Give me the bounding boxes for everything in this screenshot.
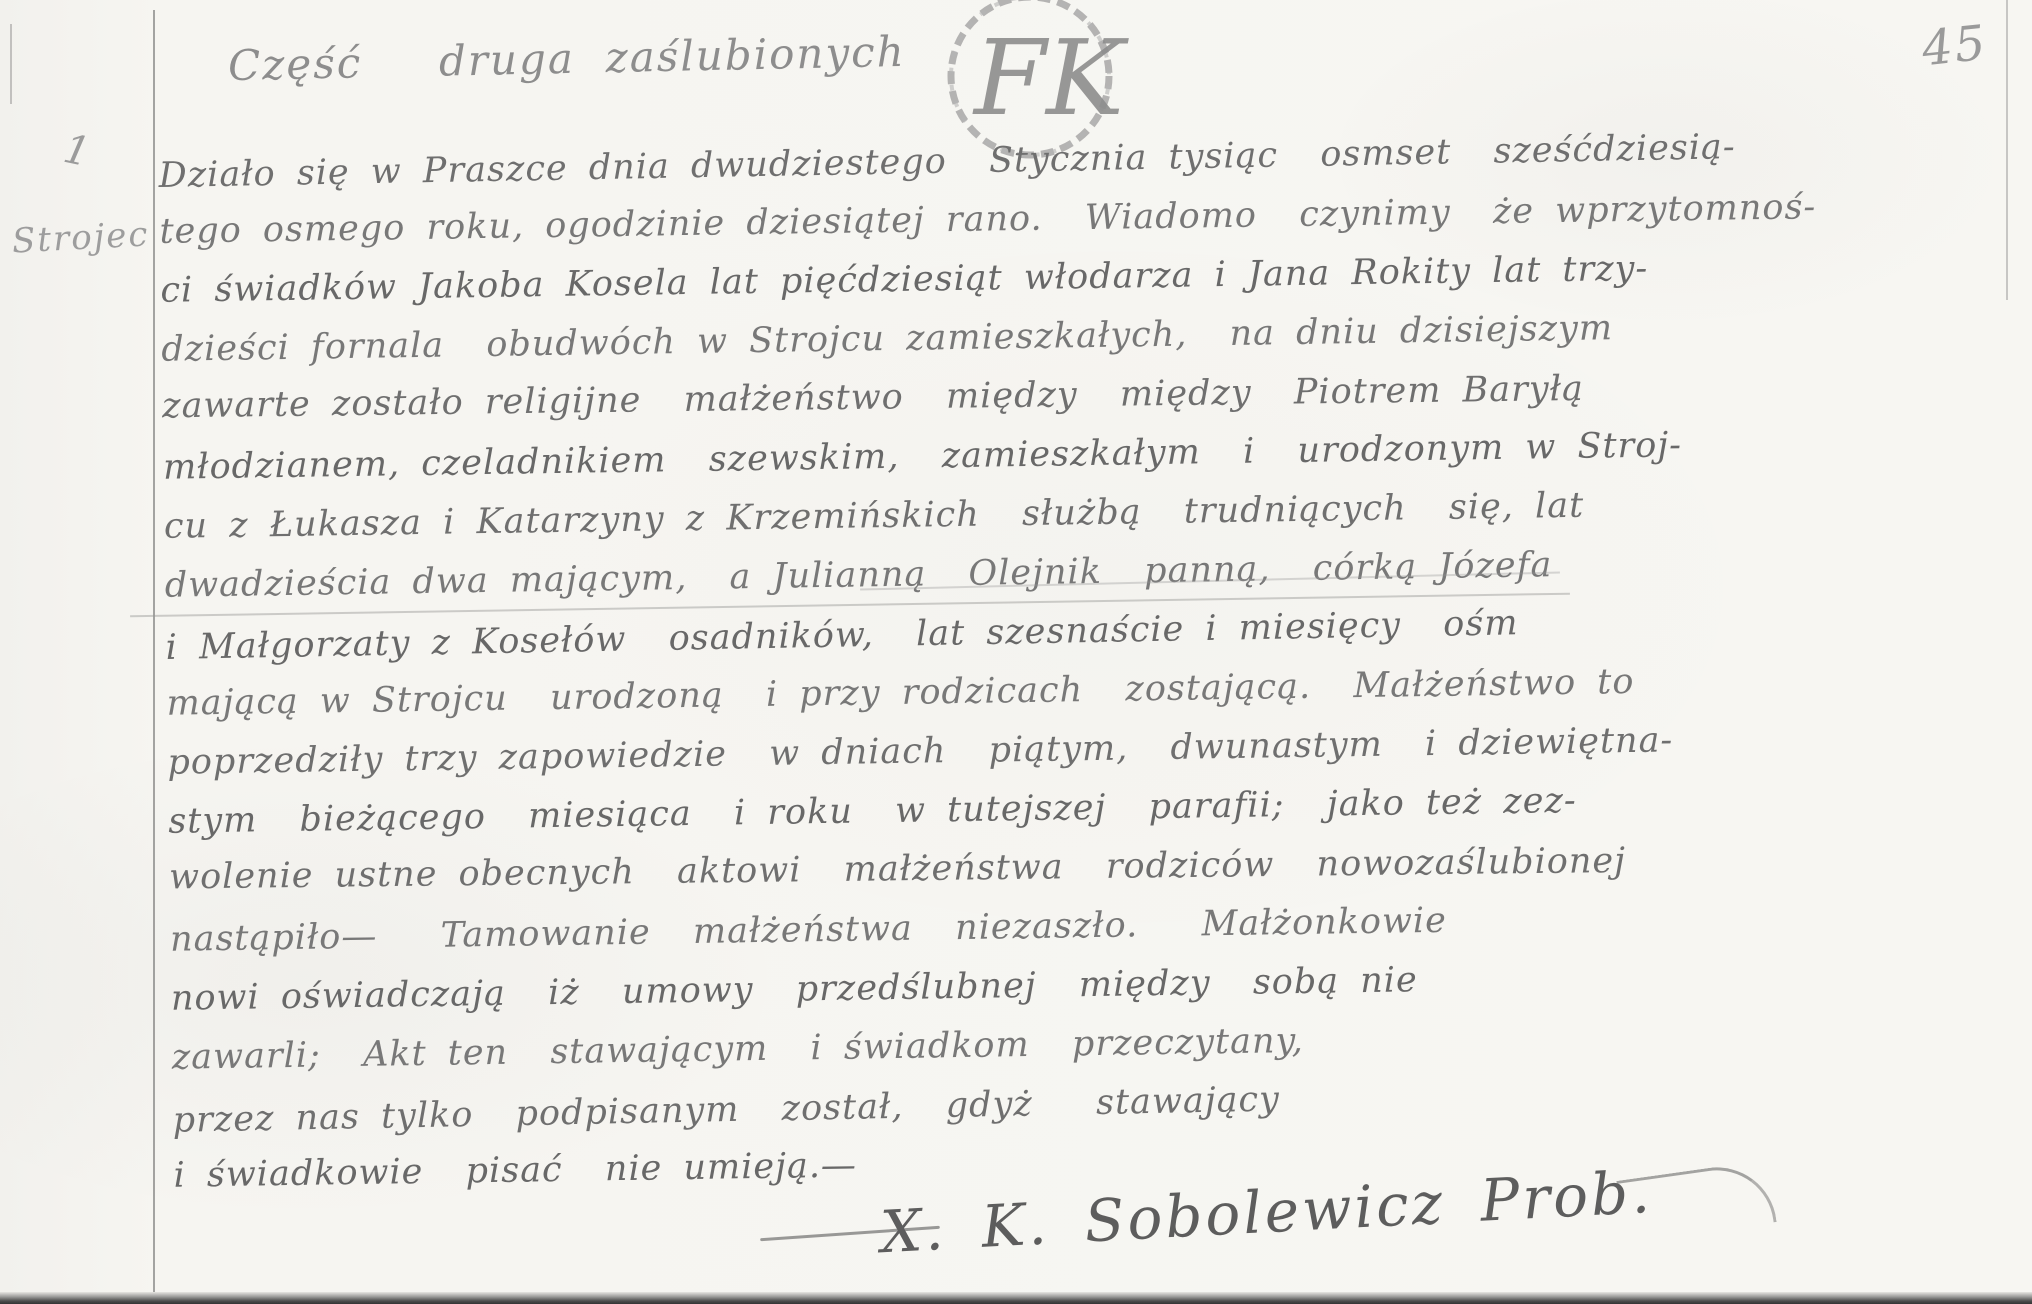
record-body: Działo się w Praszce dnia dwudziestego S… [158, 116, 2030, 1205]
margin-rule-line [153, 10, 155, 1300]
scanned-marriage-record: Część druga zaślubionych FK 45 1 Strojec… [0, 0, 2032, 1304]
section-heading: Część druga zaślubionych [228, 27, 907, 90]
page-number: 45 [1919, 15, 1990, 77]
seal-monogram-letters: FK [972, 17, 1129, 139]
left-page-edge-line [10, 24, 12, 104]
bottom-page-edge [0, 1292, 2032, 1304]
margin-act-number: 1 [59, 126, 93, 176]
margin-place-name: Strojec [11, 214, 150, 261]
